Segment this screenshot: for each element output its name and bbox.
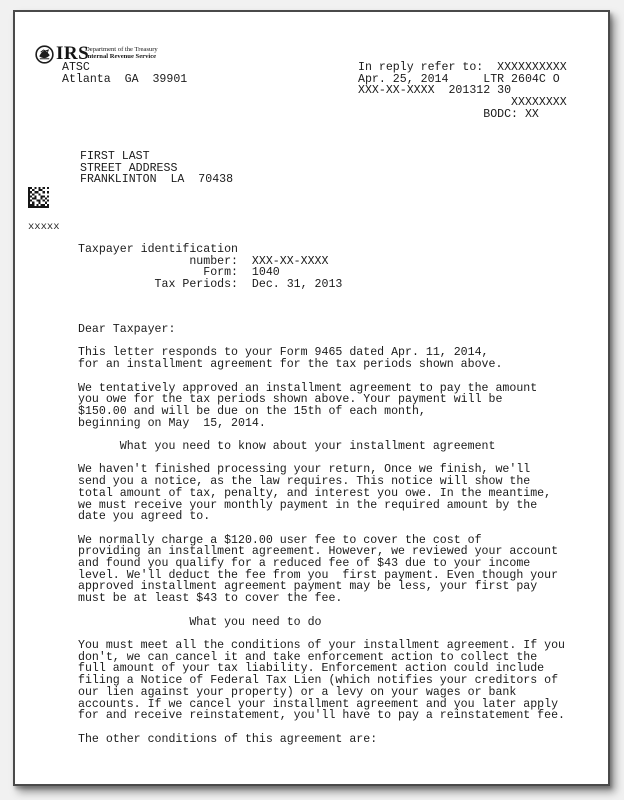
dept-treasury-line: Department of the Treasury bbox=[85, 46, 158, 53]
recipient-address: FIRST LAST STREET ADDRESS FRANKLINTON LA… bbox=[80, 151, 233, 186]
barcode-icon bbox=[28, 187, 49, 213]
irs-office-address: ATSC Atlanta GA 39901 bbox=[62, 62, 187, 85]
margin-code: xxxxx bbox=[28, 222, 60, 234]
department-lines: Department of the Treasury Internal Reve… bbox=[85, 46, 158, 60]
reply-reference-block: In reply refer to: XXXXXXXXXX Apr. 25, 2… bbox=[358, 62, 567, 121]
dept-irs-line: Internal Revenue Service bbox=[85, 53, 156, 60]
taxpayer-identification-block: Taxpayer identification number: XXX-XX-X… bbox=[78, 244, 342, 291]
irs-eagle-emblem-icon bbox=[35, 45, 54, 69]
letter-page: IRS Department of the Treasury Internal … bbox=[13, 10, 610, 786]
letter-body: Dear Taxpayer: This letter responds to y… bbox=[78, 324, 565, 745]
